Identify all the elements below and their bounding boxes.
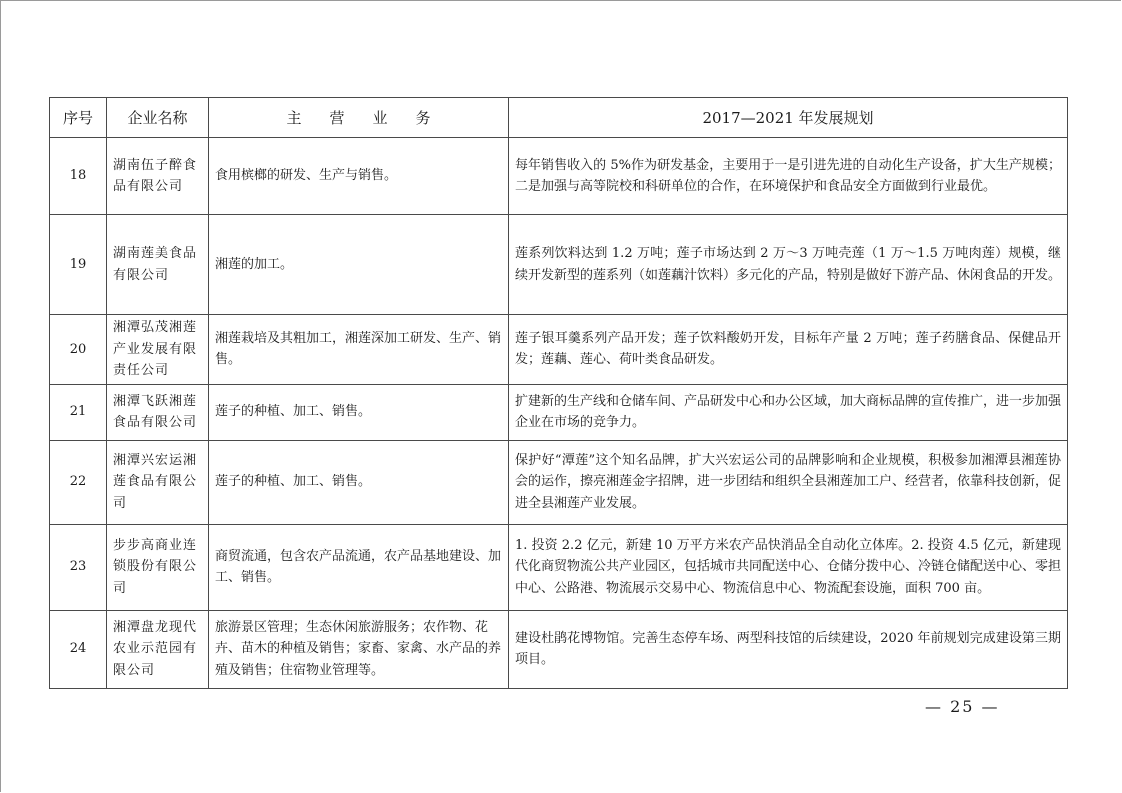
row-no: 20 <box>50 315 107 385</box>
row-no: 21 <box>50 384 107 440</box>
row-main-business: 莲子的种植、加工、销售。 <box>209 440 509 524</box>
row-company-name: 湘潭兴宏运湘莲食品有限公司 <box>107 440 209 524</box>
header-company-name: 企业名称 <box>107 98 209 138</box>
header-main-business: 主营业务 <box>209 98 509 138</box>
row-no: 24 <box>50 610 107 688</box>
row-development-plan: 1. 投资 2.2 亿元，新建 10 万平方米农产品快消品全自动化立体库。2. … <box>509 524 1068 610</box>
row-main-business: 商贸流通，包含农产品流通，农产品基地建设、加工、销售。 <box>209 524 509 610</box>
development-plan-table: 序号 企业名称 主营业务 2017—2021 年发展规划 18 湖南伍子醉食品有… <box>49 97 1068 689</box>
row-development-plan: 建设杜鹃花博物馆。完善生态停车场、两型科技馆的后续建设，2020 年前规划完成建… <box>509 610 1068 688</box>
row-main-business: 湘莲栽培及其粗加工，湘莲深加工研发、生产、销售。 <box>209 315 509 385</box>
row-development-plan: 莲系列饮料达到 1.2 万吨；莲子市场达到 2 万～3 万吨壳莲（1 万～1.5… <box>509 215 1068 315</box>
row-main-business: 旅游景区管理；生态休闲旅游服务；农作物、花卉、苗木的种植及销售；家畜、家禽、水产… <box>209 610 509 688</box>
row-development-plan: 扩建新的生产线和仓储车间、产品研发中心和办公区域，加大商标品牌的宣传推广，进一步… <box>509 384 1068 440</box>
table-row: 19 湖南莲美食品有限公司 湘莲的加工。 莲系列饮料达到 1.2 万吨；莲子市场… <box>50 215 1068 315</box>
row-company-name: 步步高商业连锁股份有限公司 <box>107 524 209 610</box>
row-development-plan: 每年销售收入的 5%作为研发基金，主要用于一是引进先进的自动化生产设备，扩大生产… <box>509 138 1068 215</box>
header-development-plan: 2017—2021 年发展规划 <box>509 98 1068 138</box>
row-company-name: 湘潭飞跃湘莲食品有限公司 <box>107 384 209 440</box>
header-no: 序号 <box>50 98 107 138</box>
row-development-plan: 莲子银耳羹系列产品开发；莲子饮料酸奶开发，目标年产量 2 万吨；莲子药膳食品、保… <box>509 315 1068 385</box>
table-row: 18 湖南伍子醉食品有限公司 食用槟榔的研发、生产与销售。 每年销售收入的 5%… <box>50 138 1068 215</box>
table-row: 24 湘潭盘龙现代农业示范园有限公司 旅游景区管理；生态休闲旅游服务；农作物、花… <box>50 610 1068 688</box>
row-main-business: 食用槟榔的研发、生产与销售。 <box>209 138 509 215</box>
page-number: — 25 — <box>925 697 1000 716</box>
row-company-name: 湖南莲美食品有限公司 <box>107 215 209 315</box>
table-row: 21 湘潭飞跃湘莲食品有限公司 莲子的种植、加工、销售。 扩建新的生产线和仓储车… <box>50 384 1068 440</box>
row-development-plan: 保护好“潭莲”这个知名品牌，扩大兴宏运公司的品牌影响和企业规模，积极参加湘潭县湘… <box>509 440 1068 524</box>
table-row: 22 湘潭兴宏运湘莲食品有限公司 莲子的种植、加工、销售。 保护好“潭莲”这个知… <box>50 440 1068 524</box>
row-no: 22 <box>50 440 107 524</box>
table-header-row: 序号 企业名称 主营业务 2017—2021 年发展规划 <box>50 98 1068 138</box>
row-no: 18 <box>50 138 107 215</box>
row-main-business: 湘莲的加工。 <box>209 215 509 315</box>
table-row: 23 步步高商业连锁股份有限公司 商贸流通，包含农产品流通，农产品基地建设、加工… <box>50 524 1068 610</box>
table-row: 20 湘潭弘茂湘莲产业发展有限责任公司 湘莲栽培及其粗加工，湘莲深加工研发、生产… <box>50 315 1068 385</box>
row-no: 23 <box>50 524 107 610</box>
row-company-name: 湘潭盘龙现代农业示范园有限公司 <box>107 610 209 688</box>
row-company-name: 湘潭弘茂湘莲产业发展有限责任公司 <box>107 315 209 385</box>
row-no: 19 <box>50 215 107 315</box>
row-company-name: 湖南伍子醉食品有限公司 <box>107 138 209 215</box>
row-main-business: 莲子的种植、加工、销售。 <box>209 384 509 440</box>
